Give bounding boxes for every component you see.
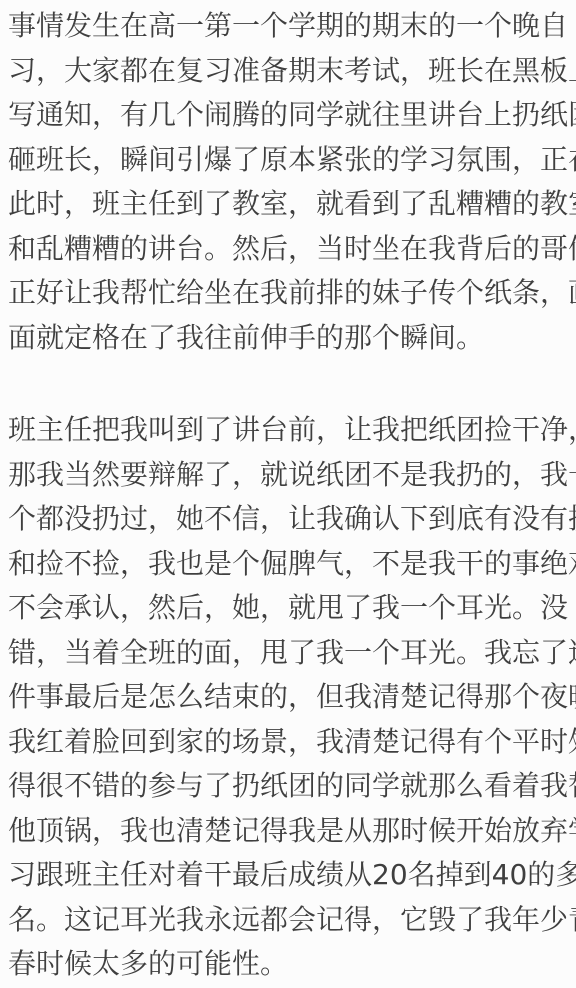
text-line: 习跟班主任对着干最后成绩从20名掉到40的多 <box>8 853 576 898</box>
text-line: 写通知，有几个闹腾的同学就往里讲台上扔纸团 <box>8 93 576 138</box>
text-line: 得很不错的参与了扔纸团的同学就那么看着我替 <box>8 764 576 809</box>
text-line: 那我当然要辩解了，就说纸团不是我扔的，我一 <box>8 453 576 498</box>
text-line: 错，当着全班的面，甩了我一个耳光。我忘了这 <box>8 631 576 676</box>
text-line: 此时，班主任到了教室，就看到了乱糟糟的教室 <box>8 182 576 227</box>
text-line: 个都没扔过，她不信，让我确认下到底有没有扔 <box>8 497 576 542</box>
text-line: 正好让我帮忙给坐在我前排的妹子传个纸条，画 <box>8 271 576 316</box>
paragraph-1: 事情发生在高一第一个学期的期末的一个晚自 习，大家都在复习准备期末考试，班长在黑… <box>8 4 576 360</box>
text-line: 春时候太多的可能性。 <box>8 942 576 987</box>
text-line: 和捡不捡，我也是个倔脾气，不是我干的事绝对 <box>8 542 576 587</box>
text-line: 他顶锅，我也清楚记得我是从那时候开始放弃学 <box>8 809 576 854</box>
paragraph-2: 班主任把我叫到了讲台前，让我把纸团捡干净， 那我当然要辩解了，就说纸团不是我扔的… <box>8 408 576 987</box>
text-line: 面就定格在了我往前伸手的那个瞬间。 <box>8 316 576 361</box>
text-line: 习，大家都在复习准备期末考试，班长在黑板上 <box>8 49 576 94</box>
post-body-text: 事情发生在高一第一个学期的期末的一个晚自 习，大家都在复习准备期末考试，班长在黑… <box>0 0 576 988</box>
text-line: 名。这记耳光我永远都会记得，它毁了我年少青 <box>8 898 576 943</box>
text-line: 事情发生在高一第一个学期的期末的一个晚自 <box>8 4 576 49</box>
text-line: 班主任把我叫到了讲台前，让我把纸团捡干净， <box>8 408 576 453</box>
text-line: 和乱糟糟的讲台。然后，当时坐在我背后的哥们 <box>8 227 576 272</box>
text-line: 不会承认，然后，她，就甩了我一个耳光。没 <box>8 586 576 631</box>
text-line: 件事最后是怎么结束的，但我清楚记得那个夜晚 <box>8 675 576 720</box>
text-line: 砸班长，瞬间引爆了原本紧张的学习氛围，正在 <box>8 138 576 183</box>
text-line: 我红着脸回到家的场景，我清楚记得有个平时处 <box>8 720 576 765</box>
